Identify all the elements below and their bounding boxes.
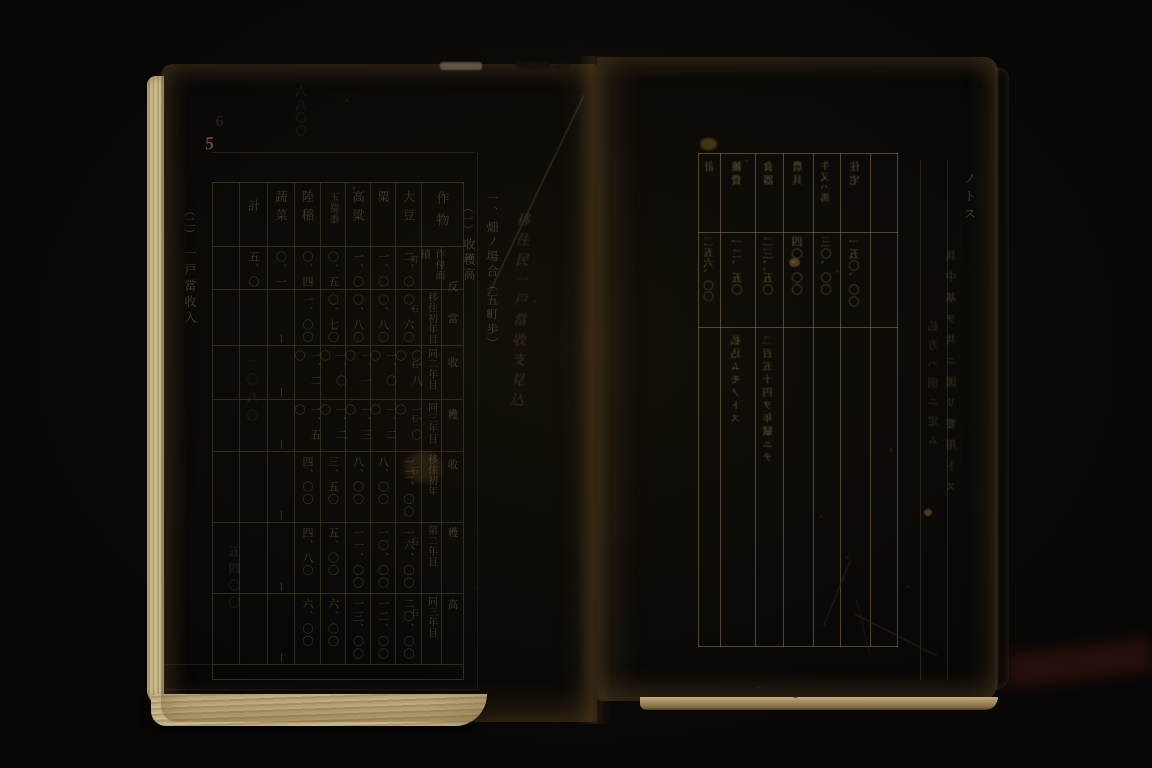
ghost-value-text: 二五六、〇〇 bbox=[702, 236, 717, 302]
crop-name: 粟 bbox=[374, 183, 392, 209]
cell-value: 六、〇〇 bbox=[299, 593, 315, 648]
cell-value: 一〇、〇〇 bbox=[375, 522, 391, 590]
ghost-grid-line bbox=[698, 153, 898, 154]
cell-value: 〇、五 bbox=[325, 246, 341, 289]
table-cell: 一、〇 bbox=[345, 246, 370, 289]
ghost-rule-line bbox=[920, 160, 921, 680]
ink-speck bbox=[352, 186, 356, 190]
table-cell: ー bbox=[267, 451, 294, 529]
unit-char: 當 bbox=[443, 311, 463, 326]
ghost-grid-line bbox=[897, 153, 898, 647]
ghost-value: 三〇、〇〇 bbox=[813, 236, 840, 326]
print-fragment-text: ノトス bbox=[960, 172, 978, 225]
cell-value: 一、二〇 bbox=[291, 345, 323, 399]
ink-speck bbox=[745, 159, 748, 162]
ghost-header-text: 計 bbox=[702, 161, 717, 172]
pencil-guide bbox=[165, 664, 213, 665]
page-edge-stack-right bbox=[995, 68, 1009, 690]
row-label-text: 同三年目 bbox=[424, 399, 439, 444]
crop-header-corn: 玉蜀黍 bbox=[320, 183, 345, 246]
table-cell: 八、〇〇 bbox=[345, 451, 370, 522]
crop-name: 玉蜀黍 bbox=[325, 183, 340, 225]
table-cell: 〇、四 bbox=[294, 246, 320, 289]
ink-speck bbox=[820, 515, 823, 518]
margin-bleed-column: 具中基ヲ共ニ図リ要用トス bbox=[944, 250, 960, 507]
table-corner-header: 作物 bbox=[421, 183, 463, 246]
cell-value: 八、〇〇 bbox=[375, 451, 391, 506]
ghost-grid-line bbox=[698, 232, 898, 233]
ghost-value-text: 一二、五〇 bbox=[730, 236, 746, 296]
table-cell: 六、〇〇 bbox=[294, 593, 320, 664]
margin-bleed-text: 払方ハ別ニ定ム bbox=[926, 320, 942, 453]
cell-value: 〇、一 bbox=[273, 246, 289, 289]
cell-value: 一一、〇〇 bbox=[350, 522, 366, 590]
crop-name: 陸稲 bbox=[298, 183, 316, 227]
table-cell-total: 五、〇 bbox=[239, 246, 267, 289]
cell-value: 五、〇〇 bbox=[325, 522, 341, 577]
table-cell: 一六、〇〇 bbox=[395, 522, 421, 593]
row-label-year3-total: 同三年目 bbox=[421, 593, 441, 664]
cell-value: 一三、〇〇 bbox=[350, 593, 366, 661]
paper-stain bbox=[789, 258, 800, 267]
table-cell: 一、〇〇 bbox=[395, 399, 421, 451]
row-label-text: 同二年目 bbox=[424, 345, 439, 390]
unit-char: 收 bbox=[443, 457, 463, 472]
cell-dash: ー bbox=[273, 505, 289, 523]
table-corner-header-text: 作物 bbox=[433, 183, 452, 235]
cell-value: 〇、八〇 bbox=[375, 289, 391, 344]
cell-value: 四、〇〇 bbox=[299, 451, 315, 506]
dark-streak bbox=[1006, 637, 1152, 688]
table-cell: 一、〇〇 bbox=[320, 345, 345, 399]
ghost-value-text: 一五〇、〇〇 bbox=[847, 236, 863, 308]
unit-char: 穫 bbox=[443, 407, 463, 422]
table-cell: 六、〇〇 bbox=[320, 593, 345, 664]
table-cell: 〇、六〇 bbox=[395, 289, 421, 345]
crop-header-upland-rice: 陸稲 bbox=[294, 183, 320, 246]
margin-bleed-text: 具中基ヲ共ニ図リ要用トス bbox=[944, 250, 960, 502]
row-label-year1: 移住初年目 bbox=[421, 289, 441, 345]
table-cell: 二〇、〇〇 bbox=[395, 593, 421, 664]
ghost-table: 住宅 牛又ハ馬 農具 食器 雑費 計 一五〇、〇〇 三〇、〇〇 四〇、〇〇 二三… bbox=[698, 153, 898, 647]
table-cell: 一〇、〇〇 bbox=[370, 522, 395, 593]
ghost-header-text: 牛又ハ馬 bbox=[820, 161, 834, 203]
cell-value: 〇、四 bbox=[299, 246, 315, 289]
cell-value: 二、〇 bbox=[400, 246, 416, 289]
table-cell: 一、二〇 bbox=[320, 399, 345, 451]
ghost-value: 二三、五〇 bbox=[755, 236, 783, 326]
photo-canvas: 6 5 （二） 一戸當收入 一、畑ノ場合（五町歩） （一） 收穫高 移住民一戸當… bbox=[0, 0, 1152, 768]
paper-stain bbox=[404, 452, 442, 482]
cell-value: 〇、七〇 bbox=[325, 289, 341, 344]
cell-dash: ー bbox=[273, 647, 289, 665]
crop-name: 蔬菜 bbox=[272, 183, 290, 227]
ghost-header-text: 住宅 bbox=[848, 161, 863, 188]
cell-value: 一、〇 bbox=[375, 246, 391, 289]
margin-bleed-column: 払方ハ別ニ定ム bbox=[926, 320, 942, 458]
cell-value: 六、〇〇 bbox=[325, 593, 341, 648]
ghost-header: 牛又ハ馬 bbox=[813, 161, 840, 231]
table-cell: 〇、八〇 bbox=[345, 289, 370, 345]
ghost-value: 一五〇、〇〇 bbox=[840, 236, 870, 326]
ink-speck bbox=[793, 695, 798, 698]
crop-header-sorghum: 高粱 bbox=[345, 183, 370, 246]
table-grid-line bbox=[213, 664, 463, 665]
ghost-header: 住宅 bbox=[840, 161, 870, 231]
crop-header-soybean: 大豆 bbox=[395, 183, 421, 246]
table-cell: 〇、七〇 bbox=[320, 289, 345, 345]
ghost-value: 二五六、〇〇 bbox=[698, 236, 720, 326]
ghost-header: 計 bbox=[698, 161, 720, 231]
ghost-value-text: 三〇、〇〇 bbox=[819, 236, 835, 296]
pencil-guide bbox=[477, 152, 478, 689]
table-cell: ー bbox=[267, 399, 294, 458]
table-cell: 一、五〇 bbox=[294, 399, 320, 451]
cell-value: 〇、八〇 bbox=[350, 289, 366, 344]
ghost-value: 一二、五〇 bbox=[720, 236, 755, 326]
cell-value: 一、〇〇 bbox=[299, 289, 315, 344]
table-cell: 一三、〇〇 bbox=[345, 593, 370, 664]
crop-header-vegetables: 蔬菜 bbox=[267, 183, 294, 246]
bleedthrough-text-glyphs: 六八〇〇 bbox=[294, 86, 310, 138]
ghost-header: 雑費 bbox=[720, 161, 755, 231]
ghost-header: 食器 bbox=[755, 161, 783, 231]
row-label-area: 作付面積 bbox=[421, 246, 441, 289]
unit-char: 穫 bbox=[443, 525, 463, 540]
book-gutter-shadow bbox=[578, 56, 612, 724]
cell-dash: ー bbox=[273, 576, 289, 594]
ghost-note: 払込ムモノトス bbox=[720, 335, 755, 570]
paper-stain bbox=[700, 138, 717, 150]
crop-name: 高粱 bbox=[349, 183, 367, 227]
table-cell: ー bbox=[267, 289, 294, 352]
table-cell: ー bbox=[267, 593, 294, 671]
cell-value: 五、〇 bbox=[245, 246, 261, 289]
ghost-header-text: 農具 bbox=[791, 161, 806, 188]
ghost-grid-line bbox=[698, 327, 898, 328]
cell-value: 四、八〇 bbox=[299, 522, 315, 577]
table-cell: 一、〇〇 bbox=[294, 289, 320, 345]
table-cell: 〇、五 bbox=[320, 246, 345, 289]
ink-speck bbox=[345, 99, 348, 102]
table-cell: 二、〇 bbox=[395, 246, 421, 289]
edge-ink-smudge bbox=[516, 61, 550, 69]
row-label-year3: 同三年目 bbox=[421, 399, 441, 451]
ink-speck bbox=[757, 686, 761, 689]
cell-value: 三、五〇 bbox=[325, 451, 341, 506]
ink-speck bbox=[476, 586, 479, 589]
unit-char: 反 bbox=[443, 279, 463, 294]
row-label-text: 移住初年目 bbox=[424, 289, 439, 345]
margin-section-marker: （二） bbox=[181, 205, 197, 245]
harvest-table: 作物 作付面積 移住初年目 同二年目 同三年目 移住初年 第二年目 同三年目 反… bbox=[212, 182, 464, 680]
pencil-guide bbox=[212, 152, 474, 153]
table-cell: 一、〇 bbox=[370, 246, 395, 289]
cell-value: 八、〇〇 bbox=[350, 451, 366, 506]
table-cell: 〇、一 bbox=[267, 246, 294, 289]
cell-dash: ー bbox=[273, 382, 289, 400]
ghost-note: 二百五十円ヲ年賦ニテ bbox=[755, 335, 783, 570]
table-cell: 一、二〇 bbox=[294, 345, 320, 399]
table-cell: 四、〇〇 bbox=[294, 451, 320, 522]
cell-value: 一、〇 bbox=[350, 246, 366, 289]
ink-speck bbox=[533, 300, 536, 303]
ink-speck bbox=[906, 585, 909, 588]
ghost-header-text: 雑費 bbox=[730, 161, 745, 188]
print-fragment: ノトス bbox=[960, 172, 978, 230]
cell-value: 〇、六〇 bbox=[400, 289, 416, 344]
table-cell: 一、一〇 bbox=[345, 345, 370, 399]
margin-section-title: 一戸當收入 bbox=[182, 247, 199, 332]
crop-header-total: 計 bbox=[239, 183, 267, 246]
table-cell: 一、〇〇 bbox=[370, 345, 395, 399]
unit-char: 高 bbox=[443, 597, 463, 612]
bleedthrough-text: 六八〇〇 bbox=[294, 86, 310, 143]
cell-dash: ー bbox=[273, 328, 289, 346]
table-cell: 一、三〇 bbox=[345, 399, 370, 451]
cell-value: 一、五〇 bbox=[291, 399, 323, 451]
crop-name: 計 bbox=[244, 183, 262, 218]
table-cell: 四、八〇 bbox=[294, 522, 320, 593]
table-grid-line bbox=[441, 246, 442, 664]
unit-char: 收 bbox=[443, 355, 463, 370]
row-label-text: 同三年目 bbox=[424, 593, 439, 638]
margin-section-marker-text: （二） bbox=[181, 205, 197, 240]
cell-dash: ー bbox=[273, 434, 289, 452]
row-label-text: 第二年目 bbox=[424, 522, 439, 567]
cell-value: 一六、〇〇 bbox=[400, 522, 416, 590]
ink-speck bbox=[836, 270, 839, 273]
ghost-value-text: 二三、五〇 bbox=[761, 236, 777, 296]
ghost-note-text: 二百五十円ヲ年賦ニテ bbox=[762, 335, 777, 465]
row-label-year2: 同二年目 bbox=[421, 345, 441, 399]
table-cell: 〇、八〇 bbox=[395, 345, 421, 399]
paper-stain bbox=[924, 509, 932, 516]
ink-speck bbox=[763, 267, 766, 271]
cell-value: 二〇、〇〇 bbox=[400, 593, 416, 661]
edge-paper-sliver bbox=[440, 62, 482, 70]
ghost-note-text: 払込ムモノトス bbox=[730, 335, 745, 426]
ink-speck bbox=[889, 448, 893, 452]
margin-section-title-text: 一戸當收入 bbox=[182, 247, 199, 327]
row-label-year2-total: 第二年目 bbox=[421, 522, 441, 593]
edge-ink-smudge bbox=[552, 64, 570, 70]
ghost-grid-line bbox=[870, 153, 871, 647]
ghost-value: 四〇、〇〇 bbox=[783, 236, 813, 326]
ink-speck bbox=[846, 556, 849, 559]
crop-header-millet: 粟 bbox=[370, 183, 395, 246]
ghost-header: 農具 bbox=[783, 161, 813, 231]
table-cell: 〇、八〇 bbox=[370, 289, 395, 345]
ghost-header-text: 食器 bbox=[762, 161, 777, 188]
table-cell: 五、〇〇 bbox=[320, 522, 345, 593]
table-cell: 一、二〇 bbox=[370, 399, 395, 451]
table-cell: 一二、〇〇 bbox=[370, 593, 395, 664]
crop-name: 大豆 bbox=[399, 183, 417, 227]
table-cell: ー bbox=[267, 345, 294, 406]
page-edge-stack-bottom-right bbox=[640, 697, 998, 710]
table-cell: ー bbox=[267, 522, 294, 600]
pencil-guide bbox=[165, 689, 480, 690]
table-cell: 八、〇〇 bbox=[370, 451, 395, 522]
cell-value: 一二、〇〇 bbox=[375, 593, 391, 661]
table-cell: 一一、〇〇 bbox=[345, 522, 370, 593]
table-cell: 三、五〇 bbox=[320, 451, 345, 522]
